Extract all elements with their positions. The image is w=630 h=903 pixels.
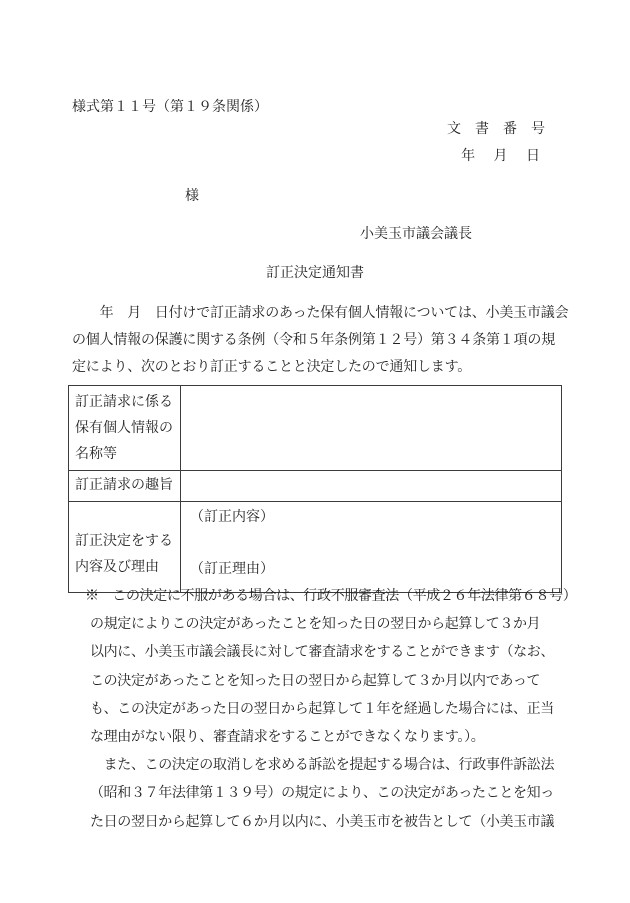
document-number-label: 文 書 番 号 xyxy=(447,118,545,138)
note-line: の規定によりこの決定があったことを知った日の翌日から起算して３か月 xyxy=(90,610,572,638)
note-line: た日の翌日から起算して６か月以内に、小美玉市を被告として（小美玉市議 xyxy=(90,808,572,836)
table-row: 訂正請求に係る 保有個人情報の 名称等 xyxy=(69,386,562,471)
row-label-line: 訂正決定をする xyxy=(75,528,174,554)
row-value-line: （訂正理由） xyxy=(190,556,552,582)
decision-table: 訂正請求に係る 保有個人情報の 名称等 訂正請求の趣旨 訂正決定をする xyxy=(68,385,562,593)
note-line: 以内に、小美玉市議会議長に対して審査請求をすることができます（なお、 xyxy=(90,638,572,666)
row-value-line: （訂正内容） xyxy=(190,504,552,530)
row-label-cell: 訂正決定をする 内容及び理由 xyxy=(69,502,181,593)
note-line: （昭和３７年法律第１３９号）の規定により、この決定があったことを知っ xyxy=(90,779,572,807)
note-line: また、この決定の取消しを求める訴訟を提起する場合は、行政事件訴訟法 xyxy=(90,751,572,779)
row-label-line: 保有個人情報の xyxy=(75,415,174,441)
row-value-line xyxy=(190,388,552,414)
body-line: 定により、次のとおり訂正することと決定したので通知します。 xyxy=(72,354,592,381)
date-label: 年 月 日 xyxy=(461,145,540,165)
row-value-line xyxy=(190,473,552,499)
document-page: { "page": { "form_number": "様式第１１号（第１９条関… xyxy=(0,0,630,903)
addressee-suffix-label: 様 xyxy=(185,185,199,205)
row-label-line: 訂正請求に係る xyxy=(75,389,174,415)
row-value-cell xyxy=(181,471,562,502)
row-value-cell xyxy=(181,386,562,471)
row-label-cell: 訂正請求に係る 保有個人情報の 名称等 xyxy=(69,386,181,471)
row-label-line: 内容及び理由 xyxy=(75,554,174,580)
row-label-line: 名称等 xyxy=(75,441,174,467)
note-section: ※ この決定に不服がある場合は、行政不服審査法（平成２６年法律第６８号） の規定… xyxy=(90,582,572,836)
document-title: 訂正決定通知書 xyxy=(0,262,630,282)
note-line: この決定があったことを知った日の翌日から起算して３か月以内であって xyxy=(90,667,572,695)
note-line: も、この決定があった日の翌日から起算して１年を経過した場合には、正当 xyxy=(90,695,572,723)
body-line: 年 月 日付けで訂正請求のあった保有個人情報については、小美玉市議会 xyxy=(72,300,592,327)
table-row: 訂正決定をする 内容及び理由 （訂正内容） （訂正理由） xyxy=(69,502,562,593)
body-line: の個人情報の保護に関する条例（令和５年条例第１２号）第３４条第１項の規 xyxy=(72,327,592,354)
row-value-cell: （訂正内容） （訂正理由） xyxy=(181,502,562,593)
note-line: ※ この決定に不服がある場合は、行政不服審査法（平成２６年法律第６８号） xyxy=(85,582,572,610)
note-line: な理由がない限り、審査請求をすることができなくなります。）。 xyxy=(90,723,572,751)
form-number-label: 様式第１１号（第１９条関係） xyxy=(72,96,268,116)
sender-label: 小美玉市議会議長 xyxy=(360,223,472,243)
row-label-line: 訂正請求の趣旨 xyxy=(75,473,174,497)
body-paragraph: 年 月 日付けで訂正請求のあった保有個人情報については、小美玉市議会 の個人情報… xyxy=(72,300,592,381)
row-value-line xyxy=(190,530,552,556)
table-row: 訂正請求の趣旨 xyxy=(69,471,562,502)
row-label-cell: 訂正請求の趣旨 xyxy=(69,471,181,502)
